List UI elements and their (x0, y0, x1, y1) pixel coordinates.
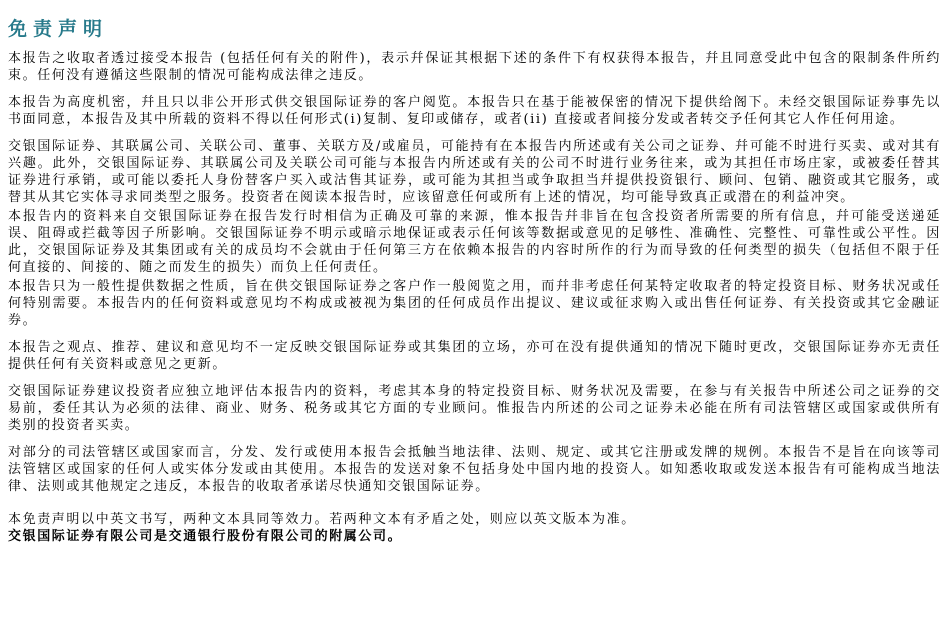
disclaimer-paragraph: 交银国际证券、其联属公司、关联公司、董事、关联方及/或雇员，可能持有在本报告内所… (8, 138, 941, 206)
page-title: 免责声明 (8, 14, 941, 41)
disclaimer-paragraph: 对部分的司法管辖区或国家而言，分发、发行或使用本报告会抵触当地法律、法则、规定、… (8, 444, 941, 495)
disclaimer-paragraph: 本报告为高度机密，幷且只以非公开形式供交银国际证券的客户阅览。本报告只在基于能被… (8, 94, 941, 128)
disclaimer-page: 免责声明 本报告之收取者透过接受本报告 (包括任何有关的附件)，表示幷保证其根据… (0, 0, 949, 623)
disclaimer-paragraph: 本报告之收取者透过接受本报告 (包括任何有关的附件)，表示幷保证其根据下述的条件… (8, 50, 941, 84)
language-note: 本免责声明以中英文书写，两种文本具同等效力。若两种文本有矛盾之处，则应以英文版本… (8, 511, 941, 528)
disclaimer-paragraph: 交银国际证券建议投资者应独立地评估本报告内的资料，考虑其本身的特定投资目标、财务… (8, 383, 941, 434)
disclaimer-footer: 本免责声明以中英文书写，两种文本具同等效力。若两种文本有矛盾之处，则应以英文版本… (8, 511, 941, 545)
disclaimer-paragraph: 本报告内的资料来自交银国际证券在报告发行时相信为正确及可靠的来源，惟本报告幷非旨… (8, 208, 941, 276)
disclaimer-paragraph: 本报告之观点、推荐、建议和意见均不一定反映交银国际证券或其集团的立场，亦可在没有… (8, 339, 941, 373)
disclaimer-paragraph: 本报告只为一般性提供数据之性质，旨在供交银国际证券之客户作一般阅览之用，而幷非考… (8, 278, 941, 329)
affiliation-note: 交银国际证券有限公司是交通银行股份有限公司的附属公司。 (8, 528, 941, 545)
disclaimer-body: 本报告之收取者透过接受本报告 (包括任何有关的附件)，表示幷保证其根据下述的条件… (8, 50, 941, 495)
